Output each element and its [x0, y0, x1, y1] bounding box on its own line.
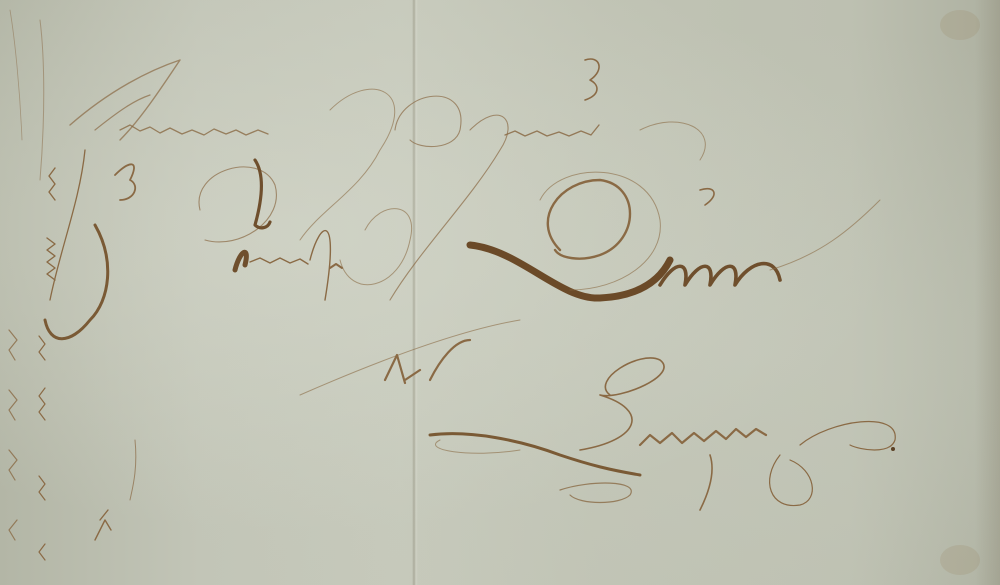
handwriting-ink	[0, 0, 1000, 585]
letter-sheet: Welerwaerdigen en Hooggeleerde Heer Mons…	[0, 0, 1000, 585]
